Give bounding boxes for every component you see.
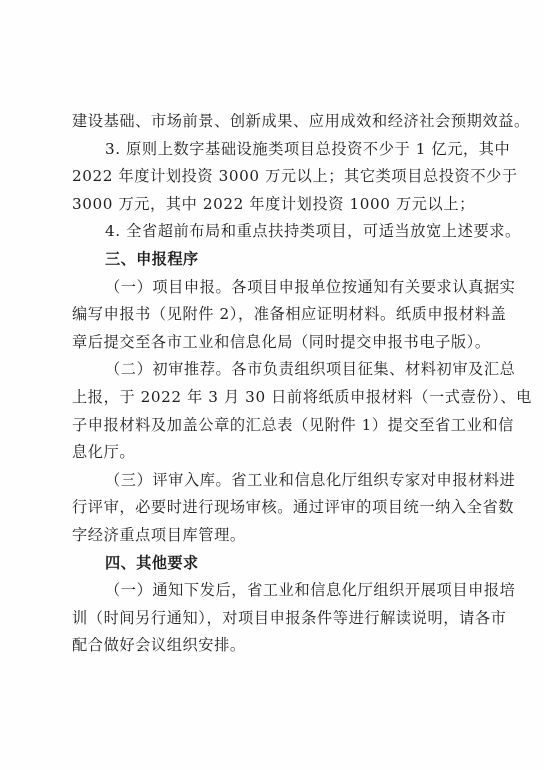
text-line: （三）评审入库。省工业和信息化厅组织专家对申报材料进 [72,467,472,495]
text-line: 行评审，必要时进行现场审核。通过评审的项目统一纳入全省数 [72,494,472,522]
text-line: 字经济重点项目库管理。 [72,522,472,550]
paragraph-review-storage: （三）评审入库。省工业和信息化厅组织专家对申报材料进 行评审，必要时进行现场审核… [72,467,472,550]
text-line: （二）初审推荐。各市负责组织项目征集、材料初审及汇总 [72,356,472,384]
heading-text: 四、其他要求 [72,550,472,578]
text-line: 配合做好会议组织安排。 [72,632,472,660]
paragraph-item-3: 3. 原则上数字基础设施类项目总投资不少于 1 亿元，其中 2022 年度计划投… [72,136,472,219]
text-line: （一）项目申报。各项目申报单位按通知有关要求认真据实 [72,274,472,302]
text-line: 子申报材料及加盖公章的汇总表（见附件 1）提交至省工业和信 [72,412,472,440]
paragraph-project-application: （一）项目申报。各项目申报单位按通知有关要求认真据实 编写申报书（见附件 2），… [72,274,472,357]
section-heading-application-procedure: 三、申报程序 [72,246,472,274]
text-line: 上报，于 2022 年 3 月 30 日前将纸质申报材料（一式壹份）、电 [72,384,472,412]
paragraph-item-4: 4. 全省超前布局和重点扶持类项目，可适当放宽上述要求。 [72,218,472,246]
text-line: 4. 全省超前布局和重点扶持类项目，可适当放宽上述要求。 [72,218,472,246]
text-line: 息化厅。 [72,439,472,467]
document-page: 建设基础、市场前景、创新成果、应用成效和经济社会预期效益。 3. 原则上数字基础… [0,0,544,770]
text-line: 训（时间另行通知），对项目申报条件等进行解读说明，请各市 [72,605,472,633]
text-line: 编写申报书（见附件 2），准备相应证明材料。纸质申报材料盖 [72,301,472,329]
text-line: （一）通知下发后，省工业和信息化厅组织开展项目申报培 [72,577,472,605]
document-body: 建设基础、市场前景、创新成果、应用成效和经济社会预期效益。 3. 原则上数字基础… [72,108,472,660]
heading-text: 三、申报程序 [72,246,472,274]
text-line: 3. 原则上数字基础设施类项目总投资不少于 1 亿元，其中 [72,136,472,164]
text-line: 2022 年度计划投资 3000 万元以上；其它类项目总投资不少于 [72,163,472,191]
text-line: 建设基础、市场前景、创新成果、应用成效和经济社会预期效益。 [72,108,472,136]
section-heading-other-requirements: 四、其他要求 [72,550,472,578]
text-line: 章后提交至各市工业和信息化局（同时提交申报书电子版）。 [72,329,472,357]
paragraph-continuation: 建设基础、市场前景、创新成果、应用成效和经济社会预期效益。 [72,108,472,136]
paragraph-preliminary-review: （二）初审推荐。各市负责组织项目征集、材料初审及汇总 上报，于 2022 年 3… [72,356,472,466]
paragraph-training: （一）通知下发后，省工业和信息化厅组织开展项目申报培 训（时间另行通知），对项目… [72,577,472,660]
text-line: 3000 万元，其中 2022 年度计划投资 1000 万元以上； [72,191,472,219]
